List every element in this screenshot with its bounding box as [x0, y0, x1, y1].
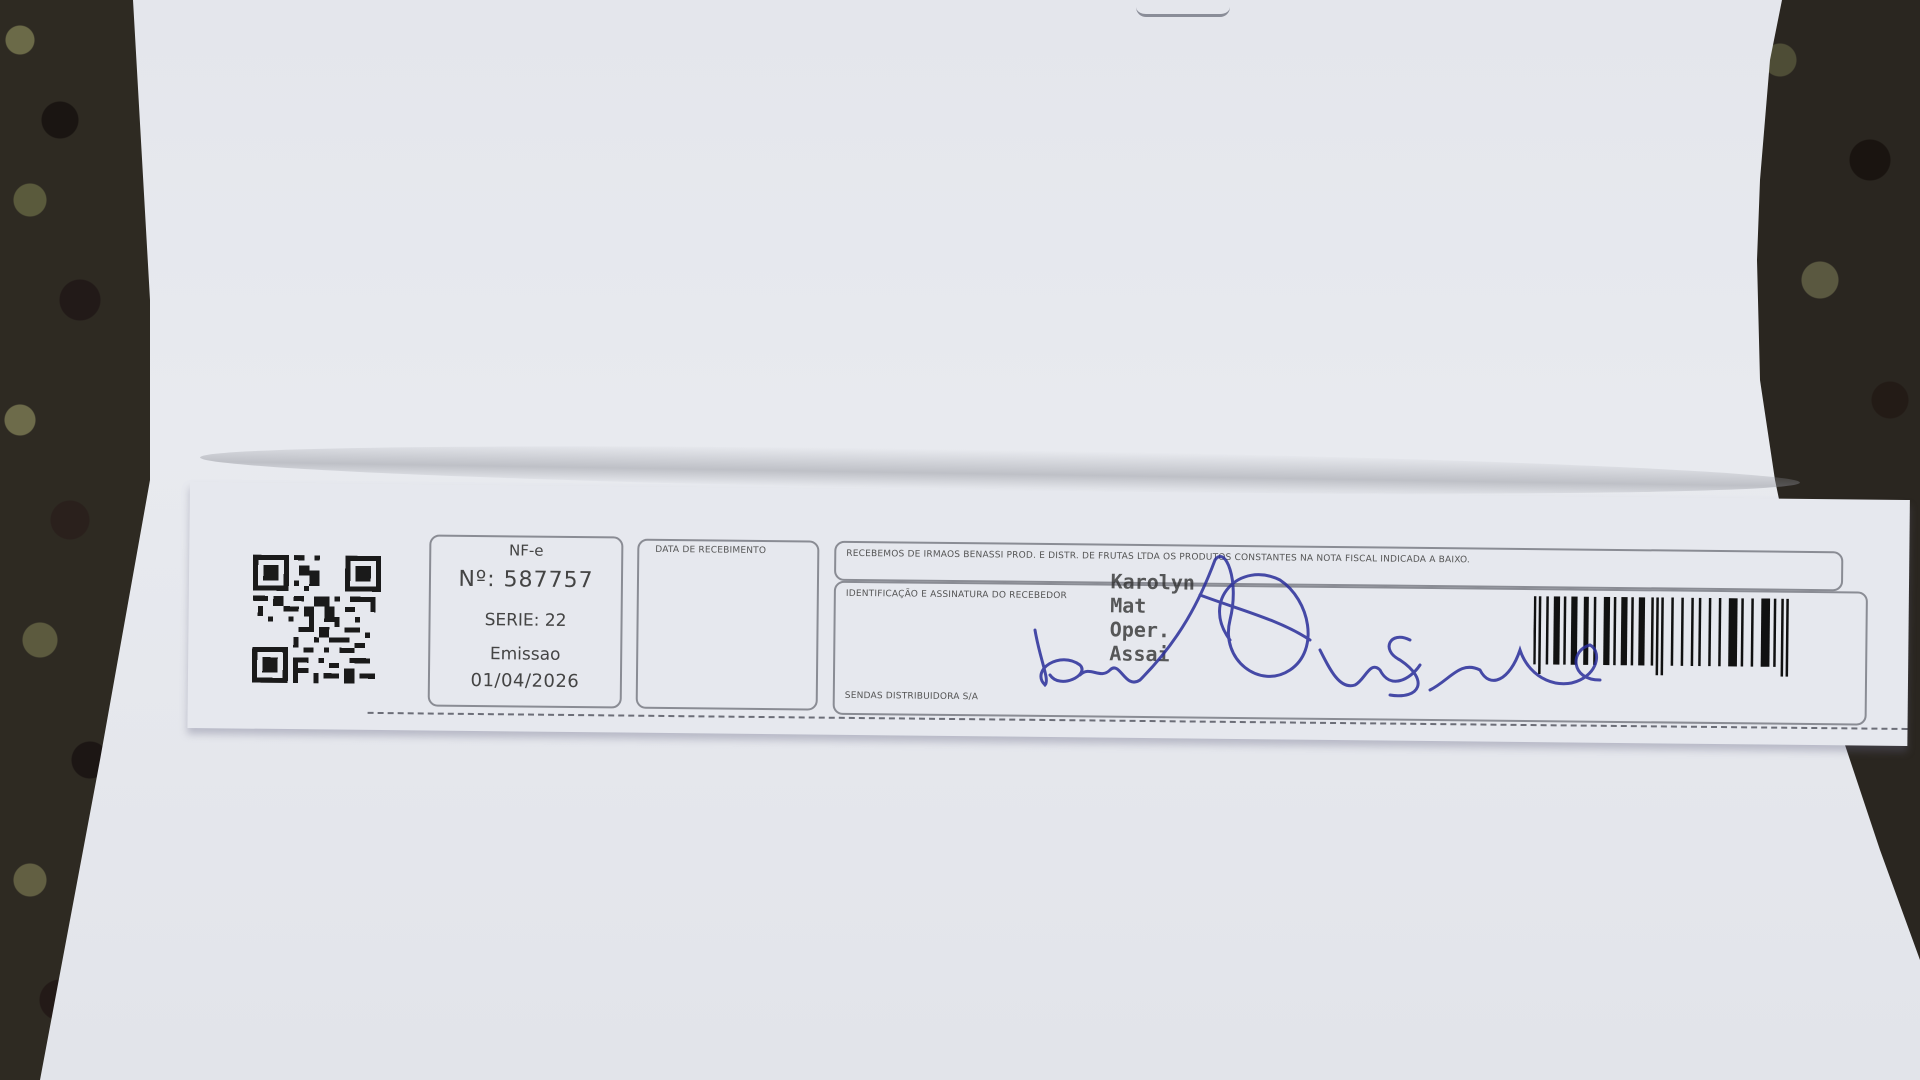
- nfe-number: Nº: 587757: [431, 567, 621, 594]
- qr-code-icon: [246, 555, 387, 684]
- date-received-box: DATA DE RECEBIMENTO: [636, 539, 820, 711]
- nfe-info-box: NF-e Nº: 587757 SERIE: 22 Emissao 01/04/…: [428, 535, 624, 709]
- emission-label: Emissao: [430, 644, 620, 666]
- punch-hole-mark: [1136, 0, 1230, 17]
- nfe-label: NF-e: [431, 541, 621, 561]
- recipient-company: SENDAS DISTRIBUIDORA S/A: [845, 691, 978, 702]
- receipt-stub: NF-e Nº: 587757 SERIE: 22 Emissao 01/04/…: [187, 482, 1909, 746]
- nfe-serie: SERIE: 22: [430, 610, 620, 632]
- date-received-label: DATA DE RECEBIMENTO: [655, 545, 817, 557]
- barcode-icon: [1533, 596, 1859, 677]
- emission-date: 01/04/2026: [430, 670, 620, 693]
- received-statement: RECEBEMOS DE IRMAOS BENASSI PROD. E DIST…: [846, 549, 1841, 569]
- receiver-stamp: Karolyn Mat Oper. Assai: [1109, 569, 1195, 666]
- identification-label: IDENTIFICAÇÃO E ASSINATURA DO RECEBEDOR: [846, 589, 1067, 601]
